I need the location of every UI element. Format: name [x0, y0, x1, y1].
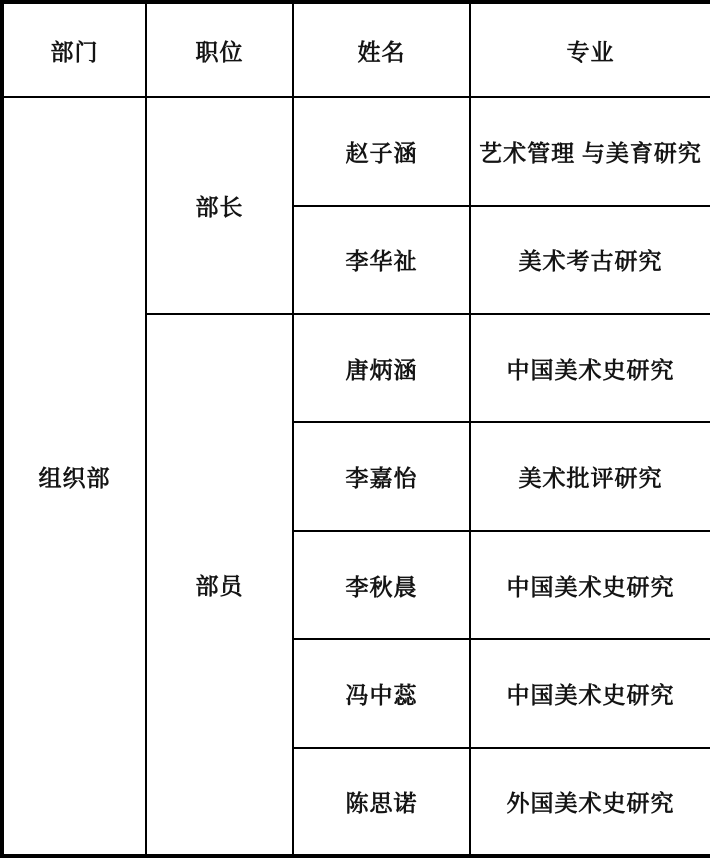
- header-cell-position: 职位: [146, 2, 293, 97]
- name-cell: 李秋晨: [293, 531, 470, 639]
- major-cell: 美术考古研究: [470, 206, 710, 314]
- major-cell: 中国美术史研究: [470, 531, 710, 639]
- name-cell: 唐炳涵: [293, 314, 470, 422]
- name-cell: 冯中蕊: [293, 639, 470, 747]
- name-cell: 李嘉怡: [293, 422, 470, 530]
- major-cell: 中国美术史研究: [470, 314, 710, 422]
- header-cell-major: 专业: [470, 2, 710, 97]
- major-cell: 中国美术史研究: [470, 639, 710, 747]
- name-cell: 赵子涵: [293, 97, 470, 205]
- header-row: 部门 职位 姓名 专业: [2, 2, 710, 97]
- position-cell-minister: 部长: [146, 97, 293, 314]
- position-cell-member: 部员: [146, 314, 293, 856]
- major-cell: 艺术管理 与美育研究: [470, 97, 710, 205]
- major-cell: 美术批评研究: [470, 422, 710, 530]
- roster-table-wrap: 部门 职位 姓名 专业 组织部 部长 赵子涵 艺术管理 与美育研究 李华祉 美术…: [0, 0, 710, 858]
- major-cell: 外国美术史研究: [470, 748, 710, 856]
- header-cell-department: 部门: [2, 2, 146, 97]
- department-cell: 组织部: [2, 97, 146, 856]
- name-cell: 李华祉: [293, 206, 470, 314]
- table-row: 组织部 部长 赵子涵 艺术管理 与美育研究: [2, 97, 710, 205]
- header-cell-name: 姓名: [293, 2, 470, 97]
- roster-table: 部门 职位 姓名 专业 组织部 部长 赵子涵 艺术管理 与美育研究 李华祉 美术…: [0, 0, 710, 858]
- name-cell: 陈思诺: [293, 748, 470, 856]
